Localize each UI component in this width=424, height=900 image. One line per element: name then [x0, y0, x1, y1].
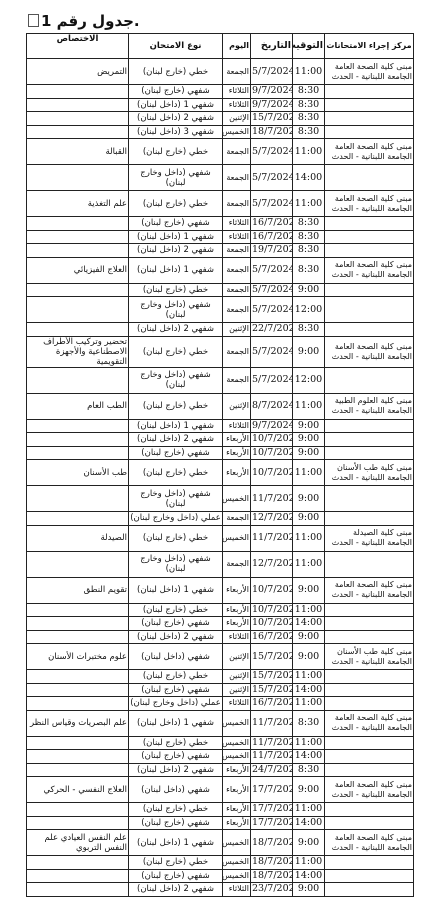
table-row: علم البصريات وقياس النظرشفهي 1 (داخل لبن…	[27, 710, 414, 736]
cell-day: الثلاثاء	[223, 230, 251, 244]
cell-date: 10/7/2024	[251, 603, 293, 617]
table-row: شفهي (خارج لبنان)الأربعاء17/7/202414:00	[27, 816, 414, 830]
cell-center	[325, 803, 414, 817]
table-row: القبالةخطي (خارج لبنان)الجمعة5/7/202411:…	[27, 139, 414, 165]
cell-exam-type: خطي (خارج لبنان)	[129, 603, 223, 617]
cell-specialty	[27, 486, 129, 512]
checkbox-glyph-icon	[28, 14, 39, 27]
cell-date: 19/7/2024	[251, 244, 293, 258]
cell-center	[325, 446, 414, 460]
cell-date: 17/7/2024	[251, 803, 293, 817]
cell-date: 9/7/2024	[251, 85, 293, 99]
cell-specialty	[27, 803, 129, 817]
cell-time: 11:00	[293, 856, 325, 870]
cell-day: الإثنين	[223, 670, 251, 684]
cell-specialty: تقويم النطق	[27, 577, 129, 603]
cell-date: 11/7/2024	[251, 750, 293, 764]
cell-day: الأربعاء	[223, 460, 251, 486]
cell-day: الإثنين	[223, 644, 251, 670]
cell-specialty	[27, 433, 129, 447]
cell-center	[325, 283, 414, 297]
cell-day: الثلاثاء	[223, 419, 251, 433]
cell-exam-type: شفهي (داخل وخارج لبنان)	[129, 486, 223, 512]
table-row: الطب العامخطي (خارج لبنان)الإثنين8/7/202…	[27, 393, 414, 419]
table-row: شفهي (خارج لبنان)الأربعاء10/7/202414:00	[27, 617, 414, 631]
cell-day: الخميس	[223, 830, 251, 856]
cell-specialty: الطب العام	[27, 393, 129, 419]
cell-time: 9:00	[293, 644, 325, 670]
table-title: .جدول رقم 1	[28, 12, 140, 30]
header-date: التاريخ	[251, 34, 293, 59]
table-title-text: .جدول رقم 1	[41, 12, 140, 30]
cell-day: الجمعة	[223, 283, 251, 297]
table-row: شفهي 1 (داخل لبنان)الثلاثاء16/7/20248:30	[27, 230, 414, 244]
cell-time: 11:00	[293, 736, 325, 750]
cell-center: مبنى كلية الصحة العامة الجامعة اللبنانية…	[325, 257, 414, 283]
cell-center	[325, 816, 414, 830]
cell-exam-type: شفهي (خارج لبنان)	[129, 617, 223, 631]
cell-time: 8:30	[293, 230, 325, 244]
cell-exam-type: شفهي 2 (داخل لبنان)	[129, 883, 223, 897]
cell-exam-type: عملي (داخل وخارج لبنان)	[129, 697, 223, 711]
cell-day: الخميس	[223, 869, 251, 883]
cell-time: 9:00	[293, 419, 325, 433]
header-specialty: الاختصاص	[27, 34, 129, 59]
cell-time: 9:00	[293, 433, 325, 447]
cell-time: 9:00	[293, 486, 325, 512]
cell-exam-type: شفهي (داخل وخارج لبنان)	[129, 165, 223, 191]
cell-date: 18/7/2024	[251, 125, 293, 139]
cell-date: 5/7/2024	[251, 367, 293, 393]
cell-specialty	[27, 230, 129, 244]
table-body: التمريضخطي (خارج لبنان)الجمعة5/7/202411:…	[27, 59, 414, 897]
cell-exam-type: خطي (خارج لبنان)	[129, 393, 223, 419]
cell-date: 16/7/2024	[251, 230, 293, 244]
header-day: اليوم	[223, 34, 251, 59]
table-row: علم النفس العيادي علم النفس التربويشفهي …	[27, 830, 414, 856]
cell-specialty	[27, 551, 129, 577]
cell-specialty	[27, 446, 129, 460]
cell-date: 15/7/2024	[251, 683, 293, 697]
table-row: العلاج الفيزيائيشفهي 1 (داخل لبنان)الجمع…	[27, 257, 414, 283]
cell-center: مبنى كلية الصحة العامة الجامعة اللبنانية…	[325, 336, 414, 367]
cell-specialty	[27, 683, 129, 697]
cell-time: 12:00	[293, 367, 325, 393]
cell-center: مبنى كلية الصحة العامة الجامعة اللبنانية…	[325, 139, 414, 165]
cell-center: مبنى كلية طب الأسنان الجامعة اللبنانية -…	[325, 460, 414, 486]
cell-specialty	[27, 856, 129, 870]
cell-center	[325, 112, 414, 126]
cell-exam-type: شفهي 3 (داخل لبنان)	[129, 125, 223, 139]
cell-specialty	[27, 617, 129, 631]
cell-center	[325, 603, 414, 617]
cell-exam-type: شفهي 1 (داخل لبنان)	[129, 98, 223, 112]
cell-exam-type: خطي (خارج لبنان)	[129, 283, 223, 297]
cell-time: 8:30	[293, 98, 325, 112]
cell-time: 11:00	[293, 803, 325, 817]
cell-date: 10/7/2024	[251, 446, 293, 460]
cell-exam-type: خطي (خارج لبنان)	[129, 803, 223, 817]
cell-specialty	[27, 670, 129, 684]
cell-day: الجمعة	[223, 139, 251, 165]
cell-exam-type: شفهي 2 (داخل لبنان)	[129, 433, 223, 447]
cell-day: الخميس	[223, 736, 251, 750]
cell-date: 24/7/2024	[251, 763, 293, 777]
cell-specialty	[27, 217, 129, 231]
cell-day: الجمعة	[223, 244, 251, 258]
cell-center	[325, 244, 414, 258]
table-row: العلاج النفسي - الحركيشفهي (داخل لبنان)ا…	[27, 777, 414, 803]
cell-date: 10/7/2024	[251, 577, 293, 603]
cell-date: 15/7/2024	[251, 644, 293, 670]
cell-specialty: علم التغذية	[27, 191, 129, 217]
cell-center: مبنى كلية طب الأسنان الجامعة اللبنانية -…	[325, 644, 414, 670]
table-row: خطي (خارج لبنان)الأربعاء10/7/202411:00	[27, 603, 414, 617]
cell-day: الجمعة	[223, 191, 251, 217]
cell-date: 10/7/2024	[251, 460, 293, 486]
cell-center: مبنى كلية الصحة العامة الجامعة اللبنانية…	[325, 830, 414, 856]
cell-date: 16/7/2024	[251, 217, 293, 231]
table-row: شفهي 2 (داخل لبنان)الجمعة19/7/20248:30	[27, 244, 414, 258]
header-center: مركز إجراء الامتحانات	[325, 34, 414, 59]
cell-time: 12:00	[293, 297, 325, 323]
cell-exam-type: شفهي 1 (داخل لبنان)	[129, 830, 223, 856]
cell-date: 15/7/2024	[251, 112, 293, 126]
cell-time: 9:00	[293, 446, 325, 460]
cell-day: الثلاثاء	[223, 217, 251, 231]
cell-day: الجمعة	[223, 336, 251, 367]
cell-specialty	[27, 750, 129, 764]
cell-day: الثلاثاء	[223, 98, 251, 112]
cell-date: 5/7/2024	[251, 165, 293, 191]
cell-specialty	[27, 297, 129, 323]
cell-date: 5/7/2024	[251, 257, 293, 283]
cell-specialty	[27, 244, 129, 258]
cell-exam-type: شفهي 2 (داخل لبنان)	[129, 763, 223, 777]
cell-center	[325, 125, 414, 139]
cell-center	[325, 697, 414, 711]
table-row: شفهي (خارج لبنان)الأربعاء10/7/20249:00	[27, 446, 414, 460]
cell-date: 17/7/2024	[251, 816, 293, 830]
cell-center	[325, 486, 414, 512]
cell-time: 9:00	[293, 777, 325, 803]
table-row: عملي (داخل وخارج لبنان)الجمعة12/7/20249:…	[27, 512, 414, 526]
cell-exam-type: شفهي (داخل لبنان)	[129, 777, 223, 803]
cell-exam-type: خطي (خارج لبنان)	[129, 736, 223, 750]
cell-time: 14:00	[293, 750, 325, 764]
cell-time: 11:00	[293, 697, 325, 711]
table-row: شفهي (خارج لبنان)الثلاثاء16/7/20248:30	[27, 217, 414, 231]
table-row: شفهي (خارج لبنان)الخميس11/7/202414:00	[27, 750, 414, 764]
table-row: شفهي (داخل وخارج لبنان)الخميس11/7/20249:…	[27, 486, 414, 512]
cell-exam-type: شفهي (داخل لبنان)	[129, 644, 223, 670]
cell-time: 11:00	[293, 603, 325, 617]
table-row: خطي (خارج لبنان)الخميس11/7/202411:00	[27, 736, 414, 750]
cell-date: 8/7/2024	[251, 393, 293, 419]
cell-date: 9/7/2024	[251, 419, 293, 433]
cell-exam-type: خطي (خارج لبنان)	[129, 139, 223, 165]
table-row: الصيدلةخطي (خارج لبنان)الخميس11/7/202411…	[27, 525, 414, 551]
cell-specialty: علوم مختبرات الأسنان	[27, 644, 129, 670]
cell-date: 9/7/2024	[251, 98, 293, 112]
cell-day: الثلاثاء	[223, 630, 251, 644]
cell-specialty	[27, 883, 129, 897]
cell-center: مبنى كلية الصحة العامة الجامعة اللبنانية…	[325, 191, 414, 217]
cell-specialty	[27, 98, 129, 112]
table-row: عملي (داخل وخارج لبنان)الثلاثاء16/7/2024…	[27, 697, 414, 711]
cell-exam-type: خطي (خارج لبنان)	[129, 525, 223, 551]
cell-center: مبنى كلية العلوم الطبية الجامعة اللبناني…	[325, 393, 414, 419]
cell-date: 5/7/2024	[251, 297, 293, 323]
cell-exam-type: شفهي (داخل وخارج لبنان)	[129, 367, 223, 393]
cell-specialty	[27, 697, 129, 711]
cell-day: الإثنين	[223, 393, 251, 419]
table-header-row: الاختصاص نوع الامتحان اليوم التاريخ التو…	[27, 34, 414, 59]
cell-center	[325, 883, 414, 897]
cell-time: 9:00	[293, 283, 325, 297]
cell-center	[325, 869, 414, 883]
cell-center: مبنى كلية الصحة العامة الجامعة اللبنانية…	[325, 59, 414, 85]
cell-date: 22/7/2024	[251, 323, 293, 337]
cell-day: الإثنين	[223, 112, 251, 126]
cell-exam-type: شفهي 1 (داخل لبنان)	[129, 230, 223, 244]
table-row: شفهي (خارج لبنان)الخميس18/7/202414:00	[27, 869, 414, 883]
cell-specialty: العلاج الفيزيائي	[27, 257, 129, 283]
table-row: شفهي (داخل وخارج لبنان)الجمعة5/7/202412:…	[27, 297, 414, 323]
cell-center	[325, 433, 414, 447]
table-row: تقويم النطقشفهي 1 (داخل لبنان)الأربعاء10…	[27, 577, 414, 603]
cell-day: الأربعاء	[223, 603, 251, 617]
cell-day: الخميس	[223, 750, 251, 764]
cell-time: 8:30	[293, 710, 325, 736]
cell-day: الجمعة	[223, 512, 251, 526]
cell-center	[325, 750, 414, 764]
cell-date: 5/7/2024	[251, 59, 293, 85]
cell-time: 11:00	[293, 525, 325, 551]
cell-time: 8:30	[293, 244, 325, 258]
table-row: شفهي 3 (داخل لبنان)الخميس18/7/20248:30	[27, 125, 414, 139]
cell-day: الأربعاء	[223, 446, 251, 460]
cell-date: 11/7/2024	[251, 486, 293, 512]
cell-day: الإثنين	[223, 323, 251, 337]
cell-date: 12/7/2024	[251, 551, 293, 577]
cell-center	[325, 323, 414, 337]
cell-specialty: علم النفس العيادي علم النفس التربوي	[27, 830, 129, 856]
cell-exam-type: شفهي (خارج لبنان)	[129, 683, 223, 697]
table-row: التمريضخطي (خارج لبنان)الجمعة5/7/202411:…	[27, 59, 414, 85]
cell-exam-type: عملي (داخل وخارج لبنان)	[129, 512, 223, 526]
cell-date: 17/7/2024	[251, 777, 293, 803]
cell-exam-type: شفهي (خارج لبنان)	[129, 750, 223, 764]
cell-time: 11:00	[293, 670, 325, 684]
table-row: خطي (خارج لبنان)الإثنين15/7/202411:00	[27, 670, 414, 684]
cell-time: 11:00	[293, 460, 325, 486]
cell-exam-type: شفهي 2 (داخل لبنان)	[129, 244, 223, 258]
cell-date: 11/7/2024	[251, 525, 293, 551]
cell-time: 8:30	[293, 112, 325, 126]
cell-specialty	[27, 323, 129, 337]
cell-exam-type: شفهي 1 (داخل لبنان)	[129, 419, 223, 433]
cell-date: 18/7/2024	[251, 830, 293, 856]
cell-exam-type: شفهي (خارج لبنان)	[129, 217, 223, 231]
cell-date: 23/7/2024	[251, 883, 293, 897]
cell-center: مبنى كلية الصحة العامة الجامعة اللبنانية…	[325, 577, 414, 603]
cell-date: 10/7/2024	[251, 617, 293, 631]
cell-day: الأربعاء	[223, 577, 251, 603]
table-row: شفهي (داخل وخارج لبنان)الجمعة5/7/202414:…	[27, 165, 414, 191]
cell-specialty: الصيدلة	[27, 525, 129, 551]
cell-center	[325, 763, 414, 777]
cell-date: 5/7/2024	[251, 191, 293, 217]
cell-time: 9:00	[293, 883, 325, 897]
table-row: شفهي 1 (داخل لبنان)الثلاثاء9/7/20248:30	[27, 98, 414, 112]
cell-center	[325, 670, 414, 684]
cell-date: 10/7/2024	[251, 433, 293, 447]
table-row: شفهي 2 (داخل لبنان)الأربعاء24/7/20248:30	[27, 763, 414, 777]
cell-specialty	[27, 112, 129, 126]
cell-date: 16/7/2024	[251, 697, 293, 711]
cell-date: 5/7/2024	[251, 283, 293, 297]
table-row: علوم مختبرات الأسنانشفهي (داخل لبنان)الإ…	[27, 644, 414, 670]
cell-center: مبنى كلية الصيدلة الجامعة اللبنانية - ال…	[325, 525, 414, 551]
cell-center	[325, 367, 414, 393]
cell-day: الجمعة	[223, 257, 251, 283]
cell-time: 11:00	[293, 191, 325, 217]
table-row: شفهي 2 (داخل لبنان)الإثنين22/7/20248:30	[27, 323, 414, 337]
cell-exam-type: خطي (خارج لبنان)	[129, 336, 223, 367]
cell-day: الأربعاء	[223, 777, 251, 803]
cell-specialty	[27, 367, 129, 393]
cell-exam-type: شفهي 2 (داخل لبنان)	[129, 630, 223, 644]
cell-day: الجمعة	[223, 551, 251, 577]
table-row: شفهي (خارج لبنان)الثلاثاء9/7/20248:30	[27, 85, 414, 99]
cell-time: 8:30	[293, 763, 325, 777]
cell-date: 11/7/2024	[251, 736, 293, 750]
cell-specialty	[27, 816, 129, 830]
cell-time: 14:00	[293, 165, 325, 191]
cell-exam-type: خطي (خارج لبنان)	[129, 460, 223, 486]
cell-exam-type: شفهي 1 (داخل لبنان)	[129, 710, 223, 736]
cell-specialty	[27, 763, 129, 777]
cell-day: الثلاثاء	[223, 85, 251, 99]
table-row: طب الأسنانخطي (خارج لبنان)الأربعاء10/7/2…	[27, 460, 414, 486]
cell-specialty	[27, 736, 129, 750]
cell-day: الإثنين	[223, 683, 251, 697]
cell-specialty	[27, 165, 129, 191]
cell-exam-type: شفهي (داخل وخارج لبنان)	[129, 551, 223, 577]
table-row: خطي (خارج لبنان)الأربعاء17/7/202411:00	[27, 803, 414, 817]
table-row: شفهي 1 (داخل لبنان)الثلاثاء9/7/20249:00	[27, 419, 414, 433]
cell-center	[325, 419, 414, 433]
cell-day: الأربعاء	[223, 617, 251, 631]
cell-time: 14:00	[293, 816, 325, 830]
cell-time: 9:00	[293, 830, 325, 856]
table-row: خطي (خارج لبنان)الخميس18/7/202411:00	[27, 856, 414, 870]
cell-center	[325, 165, 414, 191]
cell-specialty	[27, 869, 129, 883]
cell-day: الأربعاء	[223, 433, 251, 447]
table-row: شفهي (خارج لبنان)الإثنين15/7/202414:00	[27, 683, 414, 697]
cell-center	[325, 736, 414, 750]
cell-exam-type: خطي (خارج لبنان)	[129, 670, 223, 684]
cell-date: 5/7/2024	[251, 336, 293, 367]
table-row: شفهي (داخل وخارج لبنان)الجمعة12/7/202411…	[27, 551, 414, 577]
cell-time: 9:00	[293, 630, 325, 644]
cell-specialty: التمريض	[27, 59, 129, 85]
cell-specialty: تحضير وتركيب الأطراف الاصطناعية والأجهزة…	[27, 336, 129, 367]
cell-exam-type: خطي (خارج لبنان)	[129, 856, 223, 870]
cell-time: 11:00	[293, 59, 325, 85]
cell-date: 11/7/2024	[251, 710, 293, 736]
cell-exam-type: شفهي (داخل وخارج لبنان)	[129, 297, 223, 323]
cell-time: 14:00	[293, 869, 325, 883]
cell-specialty	[27, 283, 129, 297]
cell-exam-type: شفهي (خارج لبنان)	[129, 816, 223, 830]
cell-time: 8:30	[293, 125, 325, 139]
exam-schedule-table: الاختصاص نوع الامتحان اليوم التاريخ التو…	[26, 33, 414, 897]
cell-exam-type: شفهي (خارج لبنان)	[129, 869, 223, 883]
cell-center	[325, 856, 414, 870]
cell-specialty: علم البصريات وقياس النظر	[27, 710, 129, 736]
cell-center	[325, 217, 414, 231]
cell-exam-type: شفهي 2 (داخل لبنان)	[129, 112, 223, 126]
cell-center	[325, 230, 414, 244]
cell-time: 11:00	[293, 393, 325, 419]
cell-center	[325, 98, 414, 112]
cell-center: مبنى كلية الصحة العامة الجامعة اللبنانية…	[325, 710, 414, 736]
cell-date: 15/7/2024	[251, 670, 293, 684]
cell-time: 8:30	[293, 85, 325, 99]
cell-day: الخميس	[223, 525, 251, 551]
cell-specialty	[27, 85, 129, 99]
cell-exam-type: شفهي 1 (داخل لبنان)	[129, 257, 223, 283]
cell-day: الخميس	[223, 710, 251, 736]
cell-center	[325, 297, 414, 323]
cell-exam-type: شفهي (خارج لبنان)	[129, 85, 223, 99]
cell-specialty: طب الأسنان	[27, 460, 129, 486]
cell-specialty	[27, 125, 129, 139]
table-row: علم التغذيةخطي (خارج لبنان)الجمعة5/7/202…	[27, 191, 414, 217]
cell-time: 11:00	[293, 139, 325, 165]
cell-date: 18/7/2024	[251, 869, 293, 883]
header-time: التوقيت	[293, 34, 325, 59]
cell-day: الأربعاء	[223, 763, 251, 777]
cell-exam-type: خطي (خارج لبنان)	[129, 59, 223, 85]
cell-day: الجمعة	[223, 59, 251, 85]
cell-time: 8:30	[293, 257, 325, 283]
cell-day: الثلاثاء	[223, 883, 251, 897]
header-exam-type: نوع الامتحان	[129, 34, 223, 59]
cell-center: مبنى كلية الصحة العامة الجامعة اللبنانية…	[325, 777, 414, 803]
table-row: شفهي 2 (داخل لبنان)الثلاثاء23/7/20249:00	[27, 883, 414, 897]
cell-time: 11:00	[293, 551, 325, 577]
cell-day: الجمعة	[223, 297, 251, 323]
cell-day: الخميس	[223, 125, 251, 139]
table-row: شفهي 2 (داخل لبنان)الإثنين15/7/20248:30	[27, 112, 414, 126]
cell-specialty: القبالة	[27, 139, 129, 165]
cell-specialty: العلاج النفسي - الحركي	[27, 777, 129, 803]
cell-time: 8:30	[293, 217, 325, 231]
cell-day: الأربعاء	[223, 803, 251, 817]
cell-day: الخميس	[223, 486, 251, 512]
cell-day: الجمعة	[223, 367, 251, 393]
cell-time: 14:00	[293, 617, 325, 631]
cell-center	[325, 512, 414, 526]
cell-specialty	[27, 630, 129, 644]
cell-center	[325, 630, 414, 644]
cell-specialty	[27, 603, 129, 617]
cell-center	[325, 85, 414, 99]
